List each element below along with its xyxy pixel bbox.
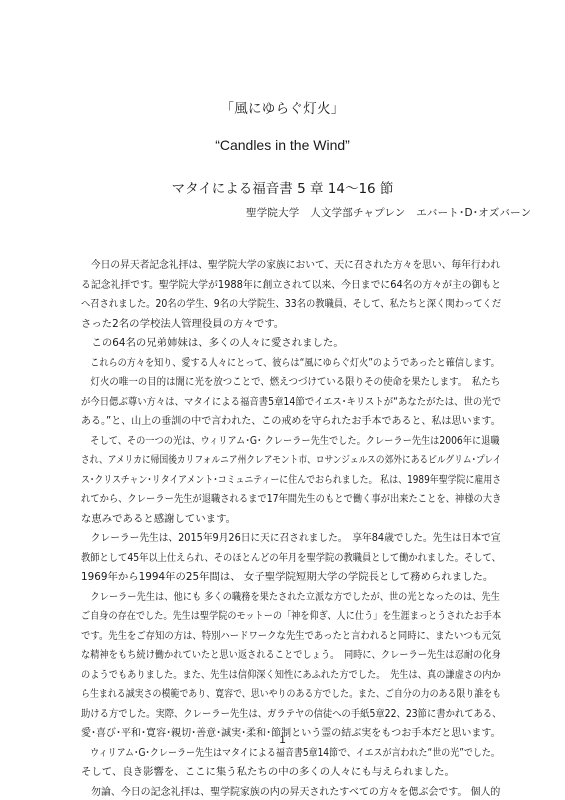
body-line: な精神をもち続け働かれていたと思い返されることでしょう。 同時に、クレーラー先生… — [81, 646, 454, 666]
document-page: 「風にゆらぐ灯火」 “Candles in the Wind” マタイによる福音… — [0, 0, 565, 800]
sermon-title-japanese: 「風にゆらぐ灯火」 — [0, 97, 565, 117]
body-line: 灯火の唯一の目的は闇に光を放つことで、燃えつづけている限りその使命を果たします。… — [81, 373, 463, 393]
body-line: そして、良き影響を、ここに集う私たちの中の多くの人々にも与えられました。 — [81, 763, 501, 783]
body-line: クレーラー先生は、2015年9月26日に天に召されました。 享年84歳でした。先… — [81, 529, 473, 549]
body-line: が今日偲ぶ尊い方々は、マタイによる福音書5章14節でイエス･キリストが“あなたが… — [81, 393, 460, 413]
body-line: ス･クリスチャン･リタイアメント･コミュニティーに住んでおられました。 私は、1… — [81, 471, 442, 491]
body-line: そして、その一つの光は、ウィリアム･G･ クレーラー先生でした。クレーラー先生は… — [81, 432, 453, 452]
body-line: 1969年から1994年の25年間は、 女子聖学院短期大学の学院長として務められ… — [81, 568, 501, 588]
body-line: され、アメリカに帰国後カリフォルニア州クレアモント市、ロサンジェルスの郊外にある… — [81, 451, 434, 471]
sermon-title-english: “Candles in the Wind” — [0, 137, 565, 153]
body-line: さった2名の学校法人管理役員の方々です。 — [81, 315, 501, 335]
body-line: な恵みであると感謝しています。 — [81, 510, 501, 530]
body-line: る記念礼拝です。聖学院大学が1988年に創立されて以来、今日までに64名の方々が… — [81, 276, 478, 296]
scripture-reference: マタイによる福音書 5 章 14～16 節 — [0, 177, 565, 197]
sermon-body: 今日の昇天者記念礼拝は、聖学院大学の家族において、天に召された方々を思い、毎年行… — [81, 256, 501, 800]
body-line: のようでもありました。また、先生は信仰深く知性にあふれた方でした。 先生は、真の… — [81, 666, 454, 686]
body-line: クレーラー先生は、他にも 多くの職務を果たされた立派な方でしたが、世の光となった… — [81, 588, 454, 608]
body-line: ら生まれる誠実さの模範であり、寛容で、思いやりのある方でした。また、ご自分の力の… — [81, 685, 442, 705]
author-line: 聖学院大学 人文学部チャプレン エバート･D･オズバーン — [246, 205, 531, 220]
page-number: 1 — [0, 734, 565, 746]
body-line: です。先生をご存知の方は、特別ハードワークな先生であったと言われると同時に、また… — [81, 627, 459, 647]
body-line: 助ける方でした。実際、クレーラー先生は、ガラテヤの信徒への手紙5章22、23節に… — [81, 705, 457, 725]
body-line: ある。”と、山上の垂訓の中で言われた、この戒めを守られたお手本であると、私は思い… — [81, 412, 486, 432]
body-line: 勿論、今日の記念礼拝は、聖学院家族の内の昇天されたすべての方々を偲ぶ会です。 個… — [81, 783, 482, 800]
body-line: 今日の昇天者記念礼拝は、聖学院大学の家族において、天に召された方々を思い、毎年行… — [81, 256, 475, 276]
body-line: この64名の兄弟姉妹は、多くの人々に愛されました。 — [81, 334, 501, 354]
body-line: 教師として45年以上仕えられ、そのほとんどの年月を聖学院の教職員として働かれまし… — [81, 549, 456, 569]
body-line: れてから、クレーラー先生が退職されるまで17年間先生のもとで働く事が出来たことを… — [81, 490, 456, 510]
body-line: これらの方々を知り、愛する人々にとって、彼らは“風にゆらぐ灯火”のようであったと… — [81, 354, 450, 374]
body-line: ご自身の存在でした。先生は聖学院のモットーの「神を仰ぎ、人に仕う」を生涯まっとう… — [81, 607, 451, 627]
body-line: へ召されました。20名の学生、9名の大学院生、33名の教職員、そして、私たちと深… — [81, 295, 457, 315]
body-line: ウィリアム･G･クレーラー先生はマタイによる福音書5章14節で、イエスが言われた… — [81, 744, 445, 764]
